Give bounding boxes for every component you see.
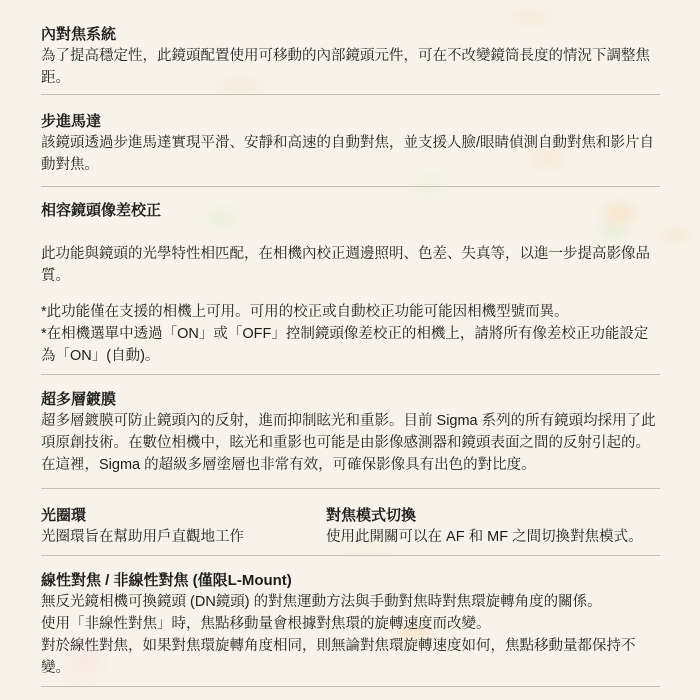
section-aberration-correction: 相容鏡頭像差校正 此功能與鏡頭的光學特性相匹配，在相機內校正週邊照明、色差、失真… — [41, 187, 660, 375]
section-paragraph: 為了提高穩定性，此鏡頭配置使用可移動的內部鏡頭元件，可在不改變鏡筒長度的情況下調… — [41, 45, 660, 89]
column-heading: 光圈環 — [41, 506, 326, 526]
section-internal-focus: 內對焦系統 為了提高穩定性，此鏡頭配置使用可移動的內部鏡頭元件，可在不改變鏡筒長… — [41, 25, 660, 95]
section-stepping-motor: 步進馬達 該鏡頭透過步進馬達實現平滑、安靜和高速的自動對焦，並支援人臉/眼睛偵測… — [41, 95, 660, 187]
section-line: 使用「非線性對焦」時，焦點移動量會根據對焦環的旋轉速度而改變。 — [41, 613, 660, 635]
section-paragraph: 此功能與鏡頭的光學特性相匹配，在相機內校正週邊照明、色差、失真等，以進一步提高影… — [41, 243, 660, 287]
section-heading: 超多層鍍膜 — [41, 390, 660, 410]
column-paragraph: 使用此開關可以在 AF 和 MF 之間切換對焦模式。 — [326, 526, 660, 548]
note-line: *此功能僅在支援的相機上可用。可用的校正或自動校正功能可能因相機型號而異。 — [41, 301, 660, 323]
section-paragraph: 該鏡頭透過步進馬達實現平滑、安靜和高速的自動對焦，並支援人臉/眼睛偵測自動對焦和… — [41, 132, 660, 176]
section-heading: 線性對焦 / 非線性對焦 (僅限L-Mount) — [41, 571, 660, 591]
section-linear-focus: 線性對焦 / 非線性對焦 (僅限L-Mount) 無反光鏡相機可換鏡頭 (DN鏡… — [41, 556, 660, 687]
aperture-ring-column: 光圈環 光圈環旨在幫助用戶直觀地工作 — [41, 506, 326, 548]
section-paragraph: 超多層鍍膜可防止鏡頭內的反射，進而抑制眩光和重影。目前 Sigma 系列的所有鏡… — [41, 410, 660, 476]
section-line: 對於線性對焦，如果對焦環旋轉角度相同，則無論對焦環旋轉速度如何，焦點移動量都保持… — [41, 635, 660, 679]
focus-mode-switch-column: 對焦模式切換 使用此開關可以在 AF 和 MF 之間切換對焦模式。 — [326, 506, 660, 548]
document-content: 內對焦系統 為了提高穩定性，此鏡頭配置使用可移動的內部鏡頭元件，可在不改變鏡筒長… — [0, 0, 700, 687]
lens-features-document: 內對焦系統 為了提高穩定性，此鏡頭配置使用可移動的內部鏡頭元件，可在不改變鏡筒長… — [0, 0, 700, 700]
column-heading: 對焦模式切換 — [326, 506, 660, 526]
section-heading: 相容鏡頭像差校正 — [41, 201, 660, 221]
section-heading: 內對焦系統 — [41, 25, 660, 45]
column-paragraph: 光圈環旨在幫助用戶直觀地工作 — [41, 526, 326, 548]
note-line: *在相機選單中透過「ON」或「OFF」控制鏡頭像差校正的相機上，請將所有像差校正… — [41, 323, 660, 367]
section-multi-layer-coating: 超多層鍍膜 超多層鍍膜可防止鏡頭內的反射，進而抑制眩光和重影。目前 Sigma … — [41, 375, 660, 489]
section-heading: 步進馬達 — [41, 112, 660, 132]
section-line: 無反光鏡相機可換鏡頭 (DN鏡頭) 的對焦運動方法與手動對焦時對焦環旋轉角度的關… — [41, 591, 660, 613]
section-controls: 光圈環 光圈環旨在幫助用戶直觀地工作 對焦模式切換 使用此開關可以在 AF 和 … — [41, 489, 660, 556]
section-notes: *此功能僅在支援的相機上可用。可用的校正或自動校正功能可能因相機型號而異。 *在… — [41, 301, 660, 367]
